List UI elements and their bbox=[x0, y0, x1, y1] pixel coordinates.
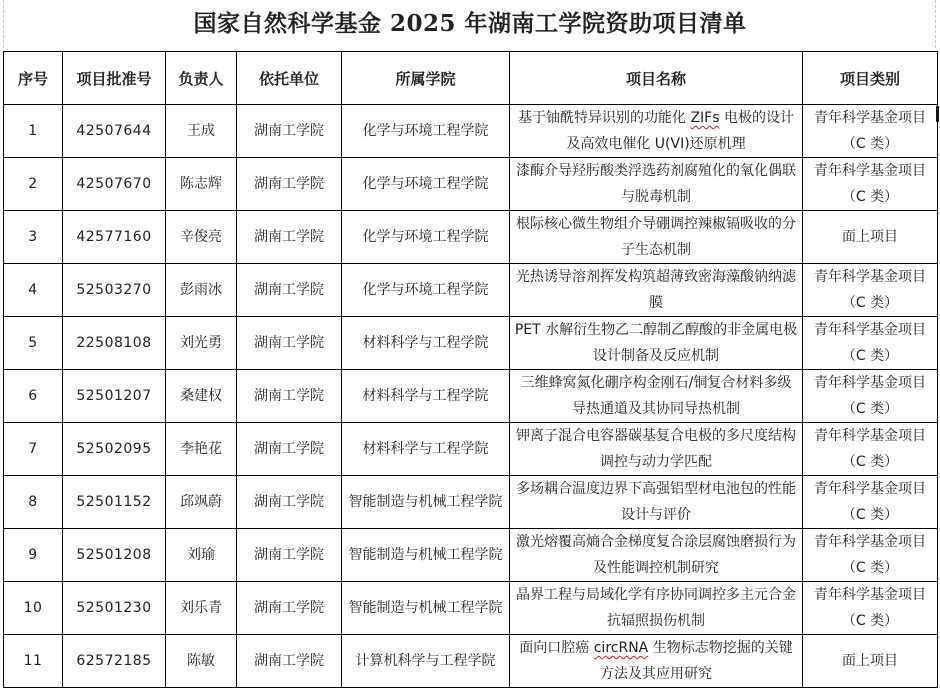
cell-index: 3 bbox=[4, 211, 63, 264]
document-title: 国家自然科学基金 2025 年湖南工学院资助项目清单 bbox=[0, 6, 940, 42]
cell-category: 面上项目 bbox=[803, 211, 938, 264]
cell-approval-no: 52502095 bbox=[63, 423, 166, 476]
project-name-text: 基于铀酰特异识别的功能化 bbox=[518, 110, 690, 126]
cell-category: 青年科学基金项目（C 类） bbox=[803, 317, 938, 370]
cell-pi: 王成 bbox=[166, 105, 237, 158]
cell-approval-no: 52503270 bbox=[63, 264, 166, 317]
cell-approval-no: 22508108 bbox=[63, 317, 166, 370]
cell-index: 6 bbox=[4, 370, 63, 423]
table-row: 2 42507670 陈志辉 湖南工学院 化学与环境工程学院 漆酶介导羟肟酸类浮… bbox=[4, 158, 938, 211]
table-row: 5 22508108 刘光勇 湖南工学院 材料科学与工程学院 PET 水解衍生物… bbox=[4, 317, 938, 370]
table-row: 8 52501152 邱飒蔚 湖南工学院 智能制造与机械工程学院 多场耦合温度边… bbox=[4, 476, 938, 529]
cell-institution: 湖南工学院 bbox=[237, 582, 342, 635]
table-row: 3 42577160 辛俊亮 湖南工学院 化学与环境工程学院 根际核心微生物组介… bbox=[4, 211, 938, 264]
cell-project-name: 漆酶介导羟肟酸类浮选药剂腐殖化的氧化偶联与脱毒机制 bbox=[510, 158, 803, 211]
cell-school: 材料科学与工程学院 bbox=[342, 370, 510, 423]
cell-approval-no: 42577160 bbox=[63, 211, 166, 264]
cell-pi: 彭雨冰 bbox=[166, 264, 237, 317]
table-row: 6 52501207 桑建权 湖南工学院 材料科学与工程学院 三维蜂窝氮化硼序构… bbox=[4, 370, 938, 423]
cell-approval-no: 52501230 bbox=[63, 582, 166, 635]
cell-school: 智能制造与机械工程学院 bbox=[342, 582, 510, 635]
project-name-text: 三维蜂窝氮化硼序构金刚石/铜复合材料多级导热通道及其协同导热机制 bbox=[521, 375, 792, 417]
cell-project-name: 基于铀酰特异识别的功能化 ZIFs 电极的设计及高效电催化 U(VI)还原机理 bbox=[510, 105, 803, 158]
project-name-text: 晶界工程与局域化学有序协同调控多主元合金抗辐照损伤机制 bbox=[516, 587, 796, 629]
funded-projects-table: 序号 项目批准号 负责人 依托单位 所属学院 项目名称 项目类别 1 42507… bbox=[3, 51, 938, 688]
cell-pi: 李艳花 bbox=[166, 423, 237, 476]
cell-institution: 湖南工学院 bbox=[237, 370, 342, 423]
cell-project-name: 根际核心微生物组介导硼调控辣椒镉吸收的分子生态机制 bbox=[510, 211, 803, 264]
table-header-row: 序号 项目批准号 负责人 依托单位 所属学院 项目名称 项目类别 bbox=[4, 52, 938, 105]
project-name-text: 面向口腔癌 bbox=[519, 640, 593, 656]
cell-index: 8 bbox=[4, 476, 63, 529]
cell-school: 化学与环境工程学院 bbox=[342, 264, 510, 317]
project-name-text: 漆酶介导羟肟酸类浮选药剂腐殖化的氧化偶联与脱毒机制 bbox=[516, 163, 796, 205]
cell-school: 材料科学与工程学院 bbox=[342, 317, 510, 370]
cell-approval-no: 42507644 bbox=[63, 105, 166, 158]
cell-project-name: PET 水解衍生物乙二醇制乙醇酸的非金属电极设计制备及反应机制 bbox=[510, 317, 803, 370]
cell-institution: 湖南工学院 bbox=[237, 423, 342, 476]
cell-category: 青年科学基金项目（C 类） bbox=[803, 529, 938, 582]
cell-project-name: 钾离子混合电容器碳基复合电极的多尺度结构调控与动力学匹配 bbox=[510, 423, 803, 476]
project-name-text: 多场耦合温度边界下高强铝型材电池包的性能设计与评价 bbox=[516, 481, 796, 523]
cell-project-name: 晶界工程与局域化学有序协同调控多主元合金抗辐照损伤机制 bbox=[510, 582, 803, 635]
cell-institution: 湖南工学院 bbox=[237, 635, 342, 688]
cell-school: 计算机科学与工程学院 bbox=[342, 635, 510, 688]
cell-institution: 湖南工学院 bbox=[237, 529, 342, 582]
spellcheck-flagged-word: circRNA bbox=[594, 640, 649, 656]
cell-school: 化学与环境工程学院 bbox=[342, 211, 510, 264]
cell-category: 青年科学基金项目（C 类） bbox=[803, 370, 938, 423]
cell-institution: 湖南工学院 bbox=[237, 211, 342, 264]
cell-index: 11 bbox=[4, 635, 63, 688]
cell-pi: 刘光勇 bbox=[166, 317, 237, 370]
cell-school: 智能制造与机械工程学院 bbox=[342, 529, 510, 582]
project-name-text: 钾离子混合电容器碳基复合电极的多尺度结构调控与动力学匹配 bbox=[516, 428, 796, 470]
cell-school: 材料科学与工程学院 bbox=[342, 423, 510, 476]
cell-pi: 陈敏 bbox=[166, 635, 237, 688]
table-row: 1 42507644 王成 湖南工学院 化学与环境工程学院 基于铀酰特异识别的功… bbox=[4, 105, 938, 158]
cell-school: 化学与环境工程学院 bbox=[342, 105, 510, 158]
project-name-text: PET 水解衍生物乙二醇制乙醇酸的非金属电极设计制备及反应机制 bbox=[515, 322, 797, 364]
table-row: 9 52501208 刘瑜 湖南工学院 智能制造与机械工程学院 激光熔覆高熵合金… bbox=[4, 529, 938, 582]
cell-institution: 湖南工学院 bbox=[237, 264, 342, 317]
table-row: 10 52501230 刘乐青 湖南工学院 智能制造与机械工程学院 晶界工程与局… bbox=[4, 582, 938, 635]
cell-project-name: 三维蜂窝氮化硼序构金刚石/铜复合材料多级导热通道及其协同导热机制 bbox=[510, 370, 803, 423]
table-row: 4 52503270 彭雨冰 湖南工学院 化学与环境工程学院 光热诱导溶剂挥发构… bbox=[4, 264, 938, 317]
cell-index: 9 bbox=[4, 529, 63, 582]
header-institution: 依托单位 bbox=[237, 52, 342, 105]
cell-project-name: 激光熔覆高熵合金梯度复合涂层腐蚀磨损行为及性能调控机制研究 bbox=[510, 529, 803, 582]
cell-approval-no: 52501207 bbox=[63, 370, 166, 423]
cell-school: 智能制造与机械工程学院 bbox=[342, 476, 510, 529]
cell-project-name: 多场耦合温度边界下高强铝型材电池包的性能设计与评价 bbox=[510, 476, 803, 529]
cell-institution: 湖南工学院 bbox=[237, 317, 342, 370]
cell-project-name: 光热诱导溶剂挥发构筑超薄致密海藻酸钠纳滤膜 bbox=[510, 264, 803, 317]
project-name-text: 激光熔覆高熵合金梯度复合涂层腐蚀磨损行为及性能调控机制研究 bbox=[516, 534, 796, 576]
cell-institution: 湖南工学院 bbox=[237, 158, 342, 211]
cell-institution: 湖南工学院 bbox=[237, 476, 342, 529]
header-category: 项目类别 bbox=[803, 52, 938, 105]
cell-approval-no: 42507670 bbox=[63, 158, 166, 211]
cell-approval-no: 52501152 bbox=[63, 476, 166, 529]
header-school: 所属学院 bbox=[342, 52, 510, 105]
spellcheck-flagged-word: ZIFs bbox=[690, 110, 719, 126]
cell-pi: 刘乐青 bbox=[166, 582, 237, 635]
cell-category: 青年科学基金项目（C 类） bbox=[803, 423, 938, 476]
header-index: 序号 bbox=[4, 52, 63, 105]
cell-school: 化学与环境工程学院 bbox=[342, 158, 510, 211]
cell-pi: 刘瑜 bbox=[166, 529, 237, 582]
table-row: 7 52502095 李艳花 湖南工学院 材料科学与工程学院 钾离子混合电容器碳… bbox=[4, 423, 938, 476]
header-approval-no: 项目批准号 bbox=[63, 52, 166, 105]
project-name-text: 光热诱导溶剂挥发构筑超薄致密海藻酸钠纳滤膜 bbox=[516, 269, 796, 311]
cell-pi: 邱飒蔚 bbox=[166, 476, 237, 529]
cell-approval-no: 62572185 bbox=[63, 635, 166, 688]
cell-index: 7 bbox=[4, 423, 63, 476]
cell-pi: 桑建权 bbox=[166, 370, 237, 423]
table-row: 11 62572185 陈敏 湖南工学院 计算机科学与工程学院 面向口腔癌 ci… bbox=[4, 635, 938, 688]
text-cursor bbox=[936, 106, 939, 122]
cell-index: 1 bbox=[4, 105, 63, 158]
cell-index: 10 bbox=[4, 582, 63, 635]
cell-approval-no: 52501208 bbox=[63, 529, 166, 582]
cell-index: 4 bbox=[4, 264, 63, 317]
cell-pi: 辛俊亮 bbox=[166, 211, 237, 264]
cell-category: 面上项目 bbox=[803, 635, 938, 688]
cell-category: 青年科学基金项目（C 类） bbox=[803, 158, 938, 211]
cell-category: 青年科学基金项目（C 类） bbox=[803, 476, 938, 529]
cell-category: 青年科学基金项目（C 类） bbox=[803, 105, 938, 158]
header-pi: 负责人 bbox=[166, 52, 237, 105]
cell-category: 青年科学基金项目（C 类） bbox=[803, 582, 938, 635]
cell-project-name: 面向口腔癌 circRNA 生物标志物挖掘的关键方法及其应用研究 bbox=[510, 635, 803, 688]
cell-pi: 陈志辉 bbox=[166, 158, 237, 211]
cell-category: 青年科学基金项目（C 类） bbox=[803, 264, 938, 317]
cell-institution: 湖南工学院 bbox=[237, 105, 342, 158]
cell-index: 2 bbox=[4, 158, 63, 211]
project-name-text: 根际核心微生物组介导硼调控辣椒镉吸收的分子生态机制 bbox=[516, 216, 796, 258]
header-project-name: 项目名称 bbox=[510, 52, 803, 105]
cell-index: 5 bbox=[4, 317, 63, 370]
